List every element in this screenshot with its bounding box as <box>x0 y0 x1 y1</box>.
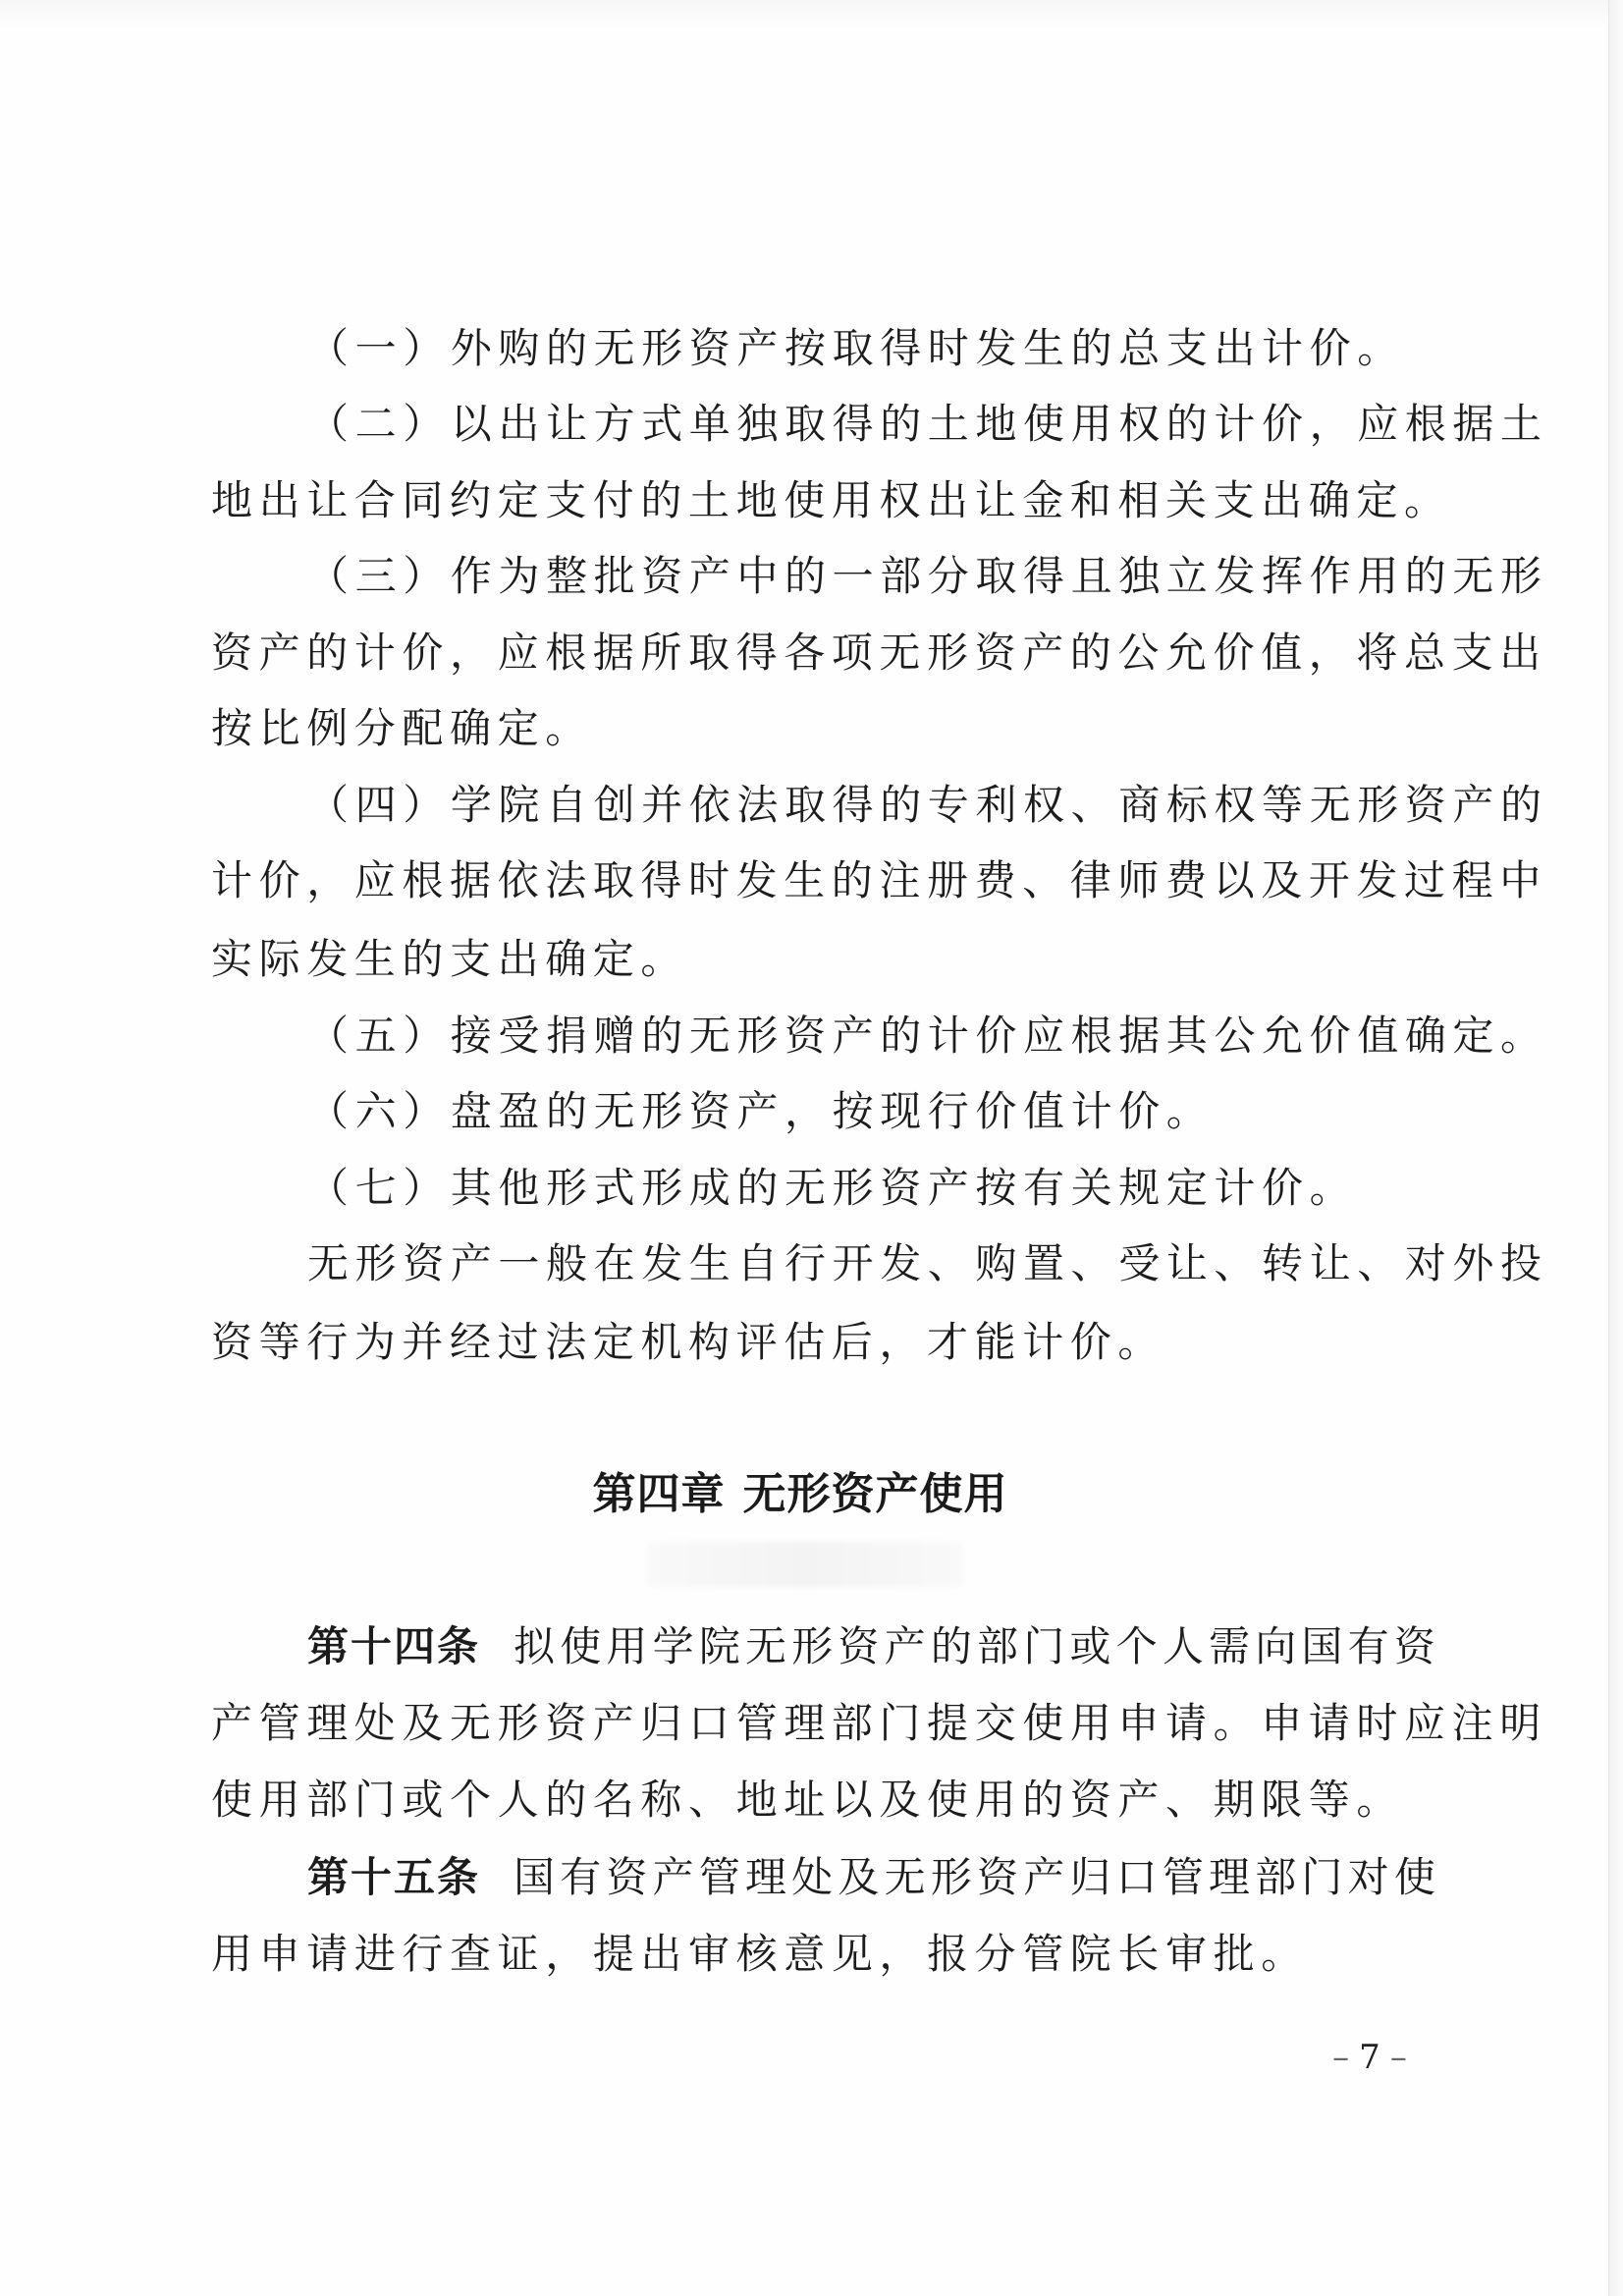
document-page: （一）外购的无形资产按取得时发生的总支出计价。 （二）以出让方式单独取得的土地使… <box>0 0 1623 2296</box>
valuation-item-3-line-1: （三）作为整批资产中的一部分取得且独立发挥作用的无形 <box>307 538 1419 615</box>
valuation-item-2-line-2: 地出让合同约定支付的土地使用权出让金和相关支出确定。 <box>211 463 1452 539</box>
valuation-item-4-line-3: 实际发生的支出确定。 <box>211 921 688 998</box>
article-14-first-line: 拟使用学院无形资产的部门或个人需向国有资 <box>514 1622 1440 1670</box>
article-15-line-1: 第十五条国有资产管理处及无形资产归口管理部门对使 <box>307 1839 1419 1916</box>
valuation-item-7: （七）其他形式形成的无形资产按有关规定计价。 <box>307 1150 1357 1227</box>
chapter-heading: 第四章无形资产使用 <box>589 1456 1011 1533</box>
page-number-dash-left: – <box>1332 2038 1349 2077</box>
article-14-line-3: 使用部门或个人的名称、地址以及使用的资产、期限等。 <box>211 1762 1404 1838</box>
article-14-line-2: 产管理处及无形资产归口管理部门提交使用申请。申请时应注明 <box>211 1685 1419 1762</box>
valuation-note-line-2: 资等行为并经过法定机构评估后，才能计价。 <box>211 1304 1165 1381</box>
chapter-number: 第四章 <box>593 1469 726 1519</box>
article-15-first-line: 国有资产管理处及无形资产归口管理部门对使 <box>514 1853 1440 1901</box>
article-14-line-1: 第十四条拟使用学院无形资产的部门或个人需向国有资 <box>307 1609 1419 1685</box>
page-number-dash-right: – <box>1390 2038 1407 2077</box>
valuation-item-4-line-2: 计价，应根据依法取得时发生的注册费、律师费以及开发过程中 <box>211 843 1419 919</box>
scan-edge-right <box>1608 0 1623 2296</box>
valuation-item-5: （五）接受捐赠的无形资产的计价应根据其公允价值确定。 <box>307 998 1548 1074</box>
page-number: –7– <box>1306 2031 1434 2084</box>
valuation-note-line-1: 无形资产一般在发生自行开发、购置、受让、转让、对外投 <box>307 1226 1419 1302</box>
chapter-title: 无形资产使用 <box>743 1469 1008 1519</box>
valuation-item-6: （六）盘盈的无形资产，按现行价值计价。 <box>307 1073 1214 1150</box>
valuation-item-4-line-1: （四）学院自创并依法取得的专利权、商标权等无形资产的 <box>307 767 1419 844</box>
valuation-item-2-line-1: （二）以出让方式单独取得的土地使用权的计价，应根据土 <box>307 386 1419 463</box>
article-15-heading: 第十五条 <box>307 1853 480 1901</box>
valuation-item-3-line-3: 按比例分配确定。 <box>211 690 593 767</box>
article-14-heading: 第十四条 <box>307 1622 480 1670</box>
page-number-value: 7 <box>1359 2038 1380 2077</box>
scan-edge-top <box>0 0 1623 26</box>
bleed-through-shadow <box>648 1542 962 1587</box>
valuation-item-1: （一）外购的无形资产按取得时发生的总支出计价。 <box>307 310 1405 387</box>
article-15-line-2: 用申请进行查证，提出审核意见，报分管院长审批。 <box>211 1916 1309 1993</box>
valuation-item-3-line-2: 资产的计价，应根据所取得各项无形资产的公允价值，将总支出 <box>211 615 1419 691</box>
